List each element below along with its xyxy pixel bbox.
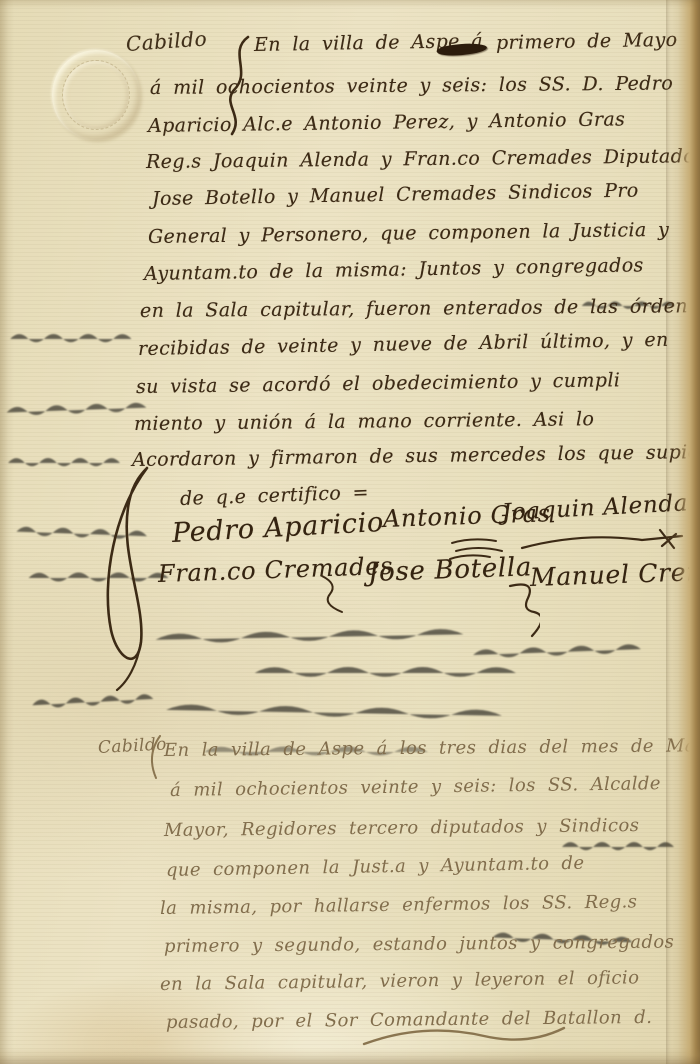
notary-rubric-flourish xyxy=(95,460,167,692)
manuscript-line: En la villa de Aspe á los tres dias del … xyxy=(164,735,700,761)
page-bottom-edge xyxy=(0,1048,700,1064)
manuscript-line: en la Sala capitular, vieron y leyeron e… xyxy=(160,967,640,995)
manuscript-line: primero y segundo, estando juntos y cong… xyxy=(164,932,674,957)
cremades-rubric xyxy=(316,572,348,616)
bleed-through-writing xyxy=(470,637,651,667)
entry2-brace-flourish xyxy=(146,734,164,780)
manuscript-line: General y Personero, que componen la Jus… xyxy=(148,219,670,248)
closing-underline-flourish xyxy=(360,1018,570,1050)
manuscript-line: que componen la Just.a y Ayuntam.to de xyxy=(166,853,585,881)
manuscript-line: Aparicio Alc.e Antonio Perez, y Antonio … xyxy=(148,108,626,137)
entry1-margin-label: Cabildo xyxy=(125,26,208,56)
signature-pedro-aparicio: Pedro Aparicio xyxy=(171,507,385,549)
manuscript-line: Ayuntam.to de la misma: Juntos y congreg… xyxy=(144,254,644,285)
manuscript-page: Cabildo En la villa de Aspe á primero de… xyxy=(0,0,700,1064)
bleed-through-writing xyxy=(160,697,520,729)
signature-joaquin-alenda: Joaquin Alenda xyxy=(501,490,689,526)
bleed-through-writing xyxy=(150,621,480,653)
page-right-edge xyxy=(666,0,700,1064)
embossed-seal xyxy=(52,50,140,140)
bleed-through-writing xyxy=(4,395,155,424)
manuscript-line: á mil ochocientos veinte y seis: los SS.… xyxy=(150,72,673,99)
manuscript-line: en la Sala capitular, fueron enterados d… xyxy=(140,295,695,322)
manuscript-line: su vista se acordó el obedecimiento y cu… xyxy=(136,369,621,398)
manuscript-line: Acordaron y firmaron de sus mercedes los… xyxy=(132,441,700,471)
manuscript-line: miento y unión á la mano corriente. Asi … xyxy=(134,408,594,435)
manuscript-line: la misma, por hallarse enfermos los SS. … xyxy=(160,891,638,919)
bleed-through-writing xyxy=(8,328,138,350)
manuscript-line: primero de Mayo xyxy=(496,29,678,54)
manuscript-line: Jose Botello y Manuel Cremades Sindicos … xyxy=(152,180,639,210)
manuscript-line: á mil ochocientos veinte y seis: los SS.… xyxy=(170,773,661,801)
manuscript-line: recibidas de veinte y nueve de Abril últ… xyxy=(138,329,669,360)
signature-francisco-cremades: Fran.co Cremades xyxy=(158,552,394,588)
page-top-edge xyxy=(0,0,700,8)
alenda-rubric xyxy=(520,528,685,554)
manuscript-line: Reg.s Joaquin Alenda y Fran.co Cremades … xyxy=(146,145,700,173)
certification-line: de q.e certifico = xyxy=(180,481,370,510)
page-left-edge xyxy=(0,0,14,1064)
